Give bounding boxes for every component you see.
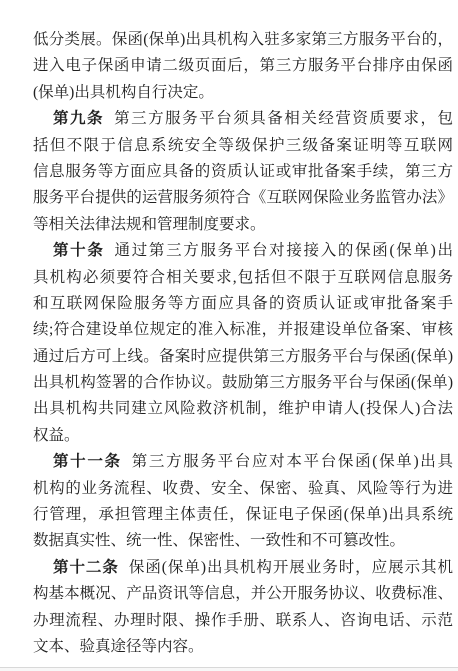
text-line: 数据真实性、统一性、保密性、一致性和不可篡改性。 [33, 528, 453, 554]
text-line: 等相关法律法规和管理制度要求。 [33, 212, 453, 238]
text-line: 通过后方可上线。备案时应提供第三方服务平台与保函(保单) [33, 344, 453, 370]
line-text: 第三方服务平台应对本平台保函(保单)出具 [132, 453, 453, 470]
text-line: 和互联网保险服务等方面应具备的资质认证或审批备案手 [33, 291, 453, 317]
document-text-block: 低分类展。保函(保单)出具机构入驻多家第三方服务平台的，进入电子保函申请二级页面… [33, 27, 453, 660]
document-page: 低分类展。保函(保单)出具机构入驻多家第三方服务平台的，进入电子保函申请二级页面… [0, 0, 458, 671]
line-text: 保函(保单)出具机构开展业务时，应展示其机 [129, 559, 453, 576]
text-line: 第九条第三方服务平台须具备相关经营资质要求，包 [33, 106, 453, 132]
text-line: 进入电子保函申请二级页面后，第三方服务平台排序由保函 [33, 53, 453, 79]
text-line: 续;符合建设单位规定的准入标准，并报建设单位备案、审核 [33, 317, 453, 343]
text-line: 权益。 [33, 423, 453, 449]
text-line: 括但不限于信息系统安全等级保护三级备案证明等互联网 [33, 133, 453, 159]
line-text: 通过第三方服务平台对接接入的保函(保单)出 [115, 242, 453, 259]
text-line: 第十条通过第三方服务平台对接接入的保函(保单)出 [33, 238, 453, 264]
text-line: 出具机构签署的合作协议。鼓励第三方服务平台与保函(保单) [33, 370, 453, 396]
text-line: 第十二条保函(保单)出具机构开展业务时，应展示其机 [33, 555, 453, 581]
text-line: 信息服务等方面应具备的资质认证或审批备案手续，第三方 [33, 159, 453, 185]
article-heading: 第十一条 [53, 453, 122, 470]
text-line: (保单)出具机构自行决定。 [33, 80, 453, 106]
text-line: 办理流程、办理时限、操作手册、联系人、咨询电话、示范 [33, 608, 453, 634]
text-line: 行管理，承担管理主体责任，保证电子保函(保单)出具系统 [33, 502, 453, 528]
text-line: 构基本概况、产品资讯等信息，并公开服务协议、收费标准、 [33, 581, 453, 607]
text-line: 低分类展。保函(保单)出具机构入驻多家第三方服务平台的， [33, 27, 453, 53]
text-line: 具机构必须要符合相关要求,包括但不限于互联网信息服务 [33, 265, 453, 291]
line-text: 第三方服务平台须具备相关经营资质要求，包 [114, 110, 453, 127]
article-heading: 第十二条 [53, 559, 119, 576]
text-line: 第十一条第三方服务平台应对本平台保函(保单)出具 [33, 449, 453, 475]
text-line: 出具机构共同建立风险救济机制，维护申请人(投保人)合法 [33, 396, 453, 422]
text-line: 服务平台提供的运营服务须符合《互联网保险业务监管办法》 [33, 185, 453, 211]
text-line: 文本、验真途径等内容。 [33, 634, 453, 660]
article-heading: 第十条 [53, 242, 105, 259]
article-heading: 第九条 [53, 110, 104, 127]
text-line: 机构的业务流程、收费、安全、保密、验真、风险等行为进 [33, 476, 453, 502]
